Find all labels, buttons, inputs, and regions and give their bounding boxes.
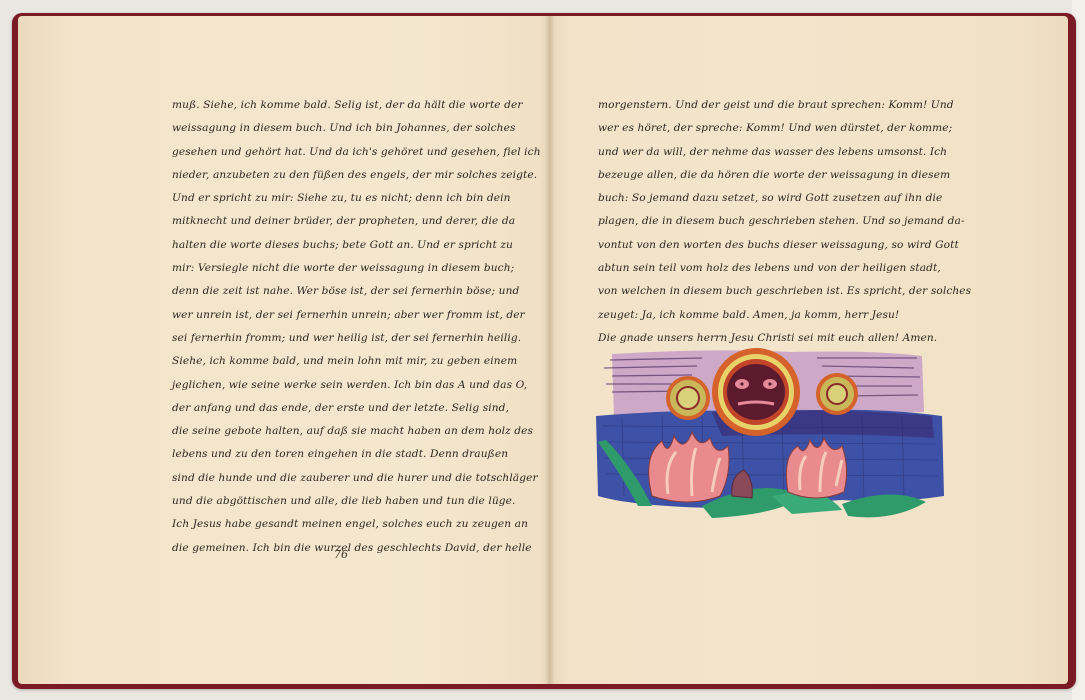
text-line: Siehe, ich komme bald, und mein lohn mit… bbox=[172, 350, 507, 373]
sun-and-lotus-illustration bbox=[592, 346, 948, 532]
text-line: buch: So jemand dazu setzet, so wird Got… bbox=[598, 187, 933, 210]
text-line: muß. Siehe, ich komme bald. Selig ist, d… bbox=[172, 94, 507, 117]
text-line: und die abgöttischen und alle, die lieb … bbox=[172, 490, 507, 513]
text-line: die seine gebote halten, auf daß sie mac… bbox=[172, 420, 507, 443]
text-line: der anfang und das ende, der erste und d… bbox=[172, 397, 507, 420]
text-line: Und er spricht zu mir: Siehe zu, tu es n… bbox=[172, 187, 507, 210]
text-line: gesehen und gehört hat. Und da ich's geh… bbox=[172, 141, 507, 164]
right-page-text: morgenstern. Und der geist und die braut… bbox=[598, 94, 933, 350]
left-page-text: muß. Siehe, ich komme bald. Selig ist, d… bbox=[172, 94, 507, 560]
text-line: sei fernerhin fromm; und wer heilig ist,… bbox=[172, 327, 507, 350]
text-line: jeglichen, wie seine werke sein werden. … bbox=[172, 374, 507, 397]
text-line: bezeuge allen, die da hören die worte de… bbox=[598, 164, 933, 187]
text-line: wer unrein ist, der sei fernerhin unrein… bbox=[172, 304, 507, 327]
text-line: denn die zeit ist nahe. Wer böse ist, de… bbox=[172, 280, 507, 303]
page-number: 76 bbox=[326, 548, 356, 561]
text-line: von welchen in diesem buch geschrieben i… bbox=[598, 280, 933, 303]
text-line: lebens und zu den toren eingehen in die … bbox=[172, 443, 507, 466]
text-line: plagen, die in diesem buch geschrieben s… bbox=[598, 210, 933, 233]
text-line: morgenstern. Und der geist und die braut… bbox=[598, 94, 933, 117]
text-line: wer es höret, der spreche: Komm! Und wen… bbox=[598, 117, 933, 140]
text-line: und wer da will, der nehme das wasser de… bbox=[598, 141, 933, 164]
text-line: zeuget: Ja, ich komme bald. Amen, ja kom… bbox=[598, 304, 933, 327]
text-line: weissagung in diesem buch. Und ich bin J… bbox=[172, 117, 507, 140]
text-line: halten die worte dieses buchs; bete Gott… bbox=[172, 234, 507, 257]
text-line: vontut von den worten des buchs dieser w… bbox=[598, 234, 933, 257]
text-line: mir: Versiegle nicht die worte der weiss… bbox=[172, 257, 507, 280]
book-gutter bbox=[546, 16, 554, 684]
text-line: nieder, anzubeten zu den füßen des engel… bbox=[172, 164, 507, 187]
text-line: Ich Jesus habe gesandt meinen engel, sol… bbox=[172, 513, 507, 536]
text-line: abtun sein teil vom holz des lebens und … bbox=[598, 257, 933, 280]
text-line: mitknecht und deiner brüder, der prophet… bbox=[172, 210, 507, 233]
text-line: sind die hunde und die zauberer und die … bbox=[172, 467, 507, 490]
